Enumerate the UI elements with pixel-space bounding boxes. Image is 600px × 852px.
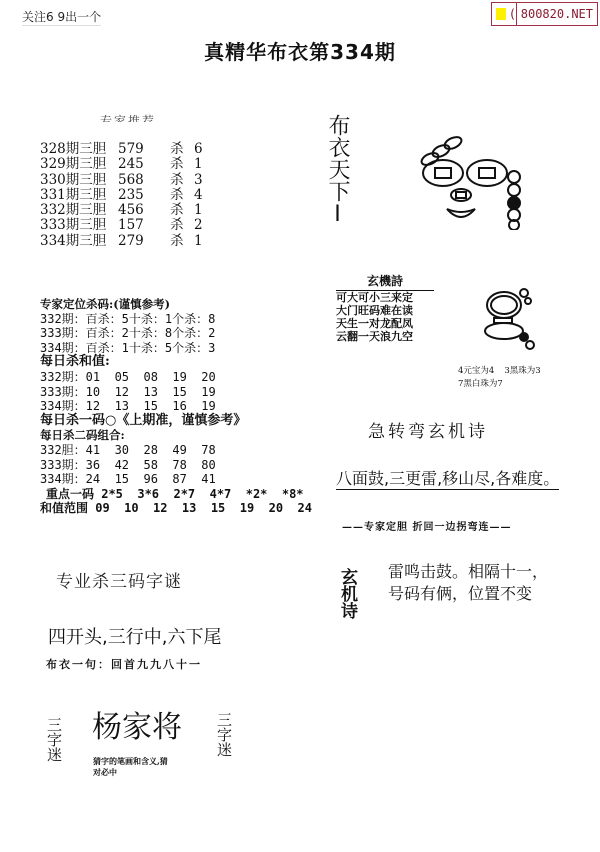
xuanji-poem-box: 玄機詩 可大可小三来定 大门旺码难在读 天生一对龙配凤 云翻一天浪九空 — [336, 272, 434, 343]
period: 329期三胆 — [40, 157, 118, 172]
nums: 235 — [118, 188, 170, 203]
list-item: 331期三胆235杀4 — [40, 188, 203, 203]
kill-label: 杀 — [170, 234, 194, 249]
list-item: 333期：百杀：2十杀：8个杀：2 — [40, 326, 312, 341]
kill-label: 杀 — [170, 188, 194, 203]
coins-beads-illustration — [415, 135, 535, 230]
poem-line: 号码有俩，位置不变 — [388, 583, 548, 605]
list-item: 334期：12 13 15 16 19 — [40, 399, 312, 414]
kill-label: 杀 — [170, 173, 194, 188]
kill-value: 3 — [194, 173, 203, 188]
poem-line: 可大可小三来定 — [336, 291, 434, 304]
kill-value: 1 — [194, 203, 203, 218]
kill-one-heading: 每日杀一码○《上期准，谨慎参考》 — [40, 414, 312, 429]
list-item: 334期三胆279杀1 — [40, 234, 203, 249]
list-item: 332胆：41 30 28 49 78 — [40, 443, 312, 458]
combo-heading: 每日杀二码组合: — [40, 428, 312, 443]
riddle-heading: 专业杀三码字谜 — [56, 567, 182, 592]
watermark-url[interactable]: 800820.NET — [517, 7, 597, 21]
expert-dingdan: ——专家定胆 折回一边拐弯连—— — [342, 518, 511, 533]
poem-title: 玄機詩 — [336, 272, 434, 291]
poem-line: 雷鸣击鼓。相隔十一， — [388, 561, 548, 583]
sum-kill-heading: 每日杀和值: — [40, 355, 312, 370]
riddle-big-word: 杨家将 — [92, 702, 182, 746]
poem-line: 云翻一天浪九空 — [336, 330, 434, 343]
list-item: 332期三胆456杀1 — [40, 203, 203, 218]
kill-label: 杀 — [170, 142, 194, 157]
kill-value: 6 — [194, 142, 203, 157]
buyi-vertical-title: 布衣天下Ⅰ — [324, 114, 350, 227]
list-item: 334期：24 15 96 87 41 — [40, 472, 312, 487]
position-kill-heading: 专家定位杀码:(谨慎参考) — [40, 297, 312, 312]
period: 330期三胆 — [40, 173, 118, 188]
xuanji-poem-text: 雷鸣击鼓。相隔十一， 号码有俩，位置不变 — [388, 561, 548, 605]
nums: 456 — [118, 203, 170, 218]
nums: 245 — [118, 157, 170, 172]
list-item: 330期三胆568杀3 — [40, 173, 203, 188]
kill-label: 杀 — [170, 218, 194, 233]
watermark-badge[interactable]: ( 800820.NET — [491, 2, 598, 26]
kill-value: 4 — [194, 188, 203, 203]
legend-item: 3黑珠为3 — [504, 366, 540, 376]
legend-item: 4元宝为4 — [458, 366, 494, 376]
kill-value: 2 — [194, 218, 203, 233]
yellow-square-icon — [496, 8, 506, 20]
illustration-legend: 4元宝为43黑珠为3 7黑白珠为7 — [458, 365, 551, 391]
sum-range: 和值范围 09 10 12 13 15 19 20 24 — [40, 501, 312, 516]
list-item: 332期：01 05 08 19 20 — [40, 370, 312, 385]
kill-label: 杀 — [170, 157, 194, 172]
badge-divider: ( — [509, 3, 517, 25]
page-title: 真精华布衣第334期 — [0, 36, 600, 65]
list-item: 328期三胆579杀6 — [40, 142, 203, 157]
ring-beads-illustration — [480, 285, 550, 355]
position-kill-block: 专家定位杀码:(谨慎参考) 332期：百杀：5十杀：1个杀：8 333期：百杀：… — [40, 297, 312, 516]
top-note: 关注6 9出一个 — [22, 8, 101, 26]
kill-value: 1 — [194, 234, 203, 249]
list-item: 332期：百杀：5十杀：1个杀：8 — [40, 312, 312, 327]
list-item: 333期：36 42 58 78 80 — [40, 458, 312, 473]
poem-line: 大门旺码难在读 — [336, 304, 434, 317]
nums: 579 — [118, 142, 170, 157]
expert-recommend-list: 328期三胆579杀6 329期三胆245杀1 330期三胆568杀3 331期… — [40, 142, 203, 249]
riddle-main: 四开头,三行中,六下尾 — [48, 623, 221, 649]
period: 334期三胆 — [40, 234, 118, 249]
riddle-hint: 猜字的笔画和含义,猜对必中 — [93, 756, 175, 778]
period: 328期三胆 — [40, 142, 118, 157]
period: 332期三胆 — [40, 203, 118, 218]
vertical-riddle-left: 三字迷 — [44, 717, 65, 762]
nums: 157 — [118, 218, 170, 233]
legend-item: 7黑白珠为7 — [458, 379, 503, 389]
nums: 279 — [118, 234, 170, 249]
nums: 568 — [118, 173, 170, 188]
period: 331期三胆 — [40, 188, 118, 203]
jzw-poem-title: 急转弯玄机诗 — [368, 417, 488, 442]
poem-line: 天生一对龙配凤 — [336, 317, 434, 330]
list-item: 333期三胆157杀2 — [40, 218, 203, 233]
kill-value: 1 — [194, 157, 203, 172]
vertical-riddle-right: 三字迷 — [214, 712, 235, 757]
xuanji-vertical-title: 玄机诗 — [333, 568, 361, 619]
list-item: 329期三胆245杀1 — [40, 157, 203, 172]
period: 333期三胆 — [40, 218, 118, 233]
kill-label: 杀 — [170, 203, 194, 218]
buyi-line: 布衣一句：回首九九八十一 — [46, 656, 202, 672]
jzw-poem-line: 八面鼓,三更雷,移山尽,各难度。 — [336, 466, 559, 490]
key-code: 重点一码 2*5 3*6 2*7 4*7 *2* *8* — [40, 487, 312, 502]
list-item: 333期：10 12 13 15 19 — [40, 385, 312, 400]
expert-recommend-heading: 专家推荐 — [100, 112, 156, 122]
